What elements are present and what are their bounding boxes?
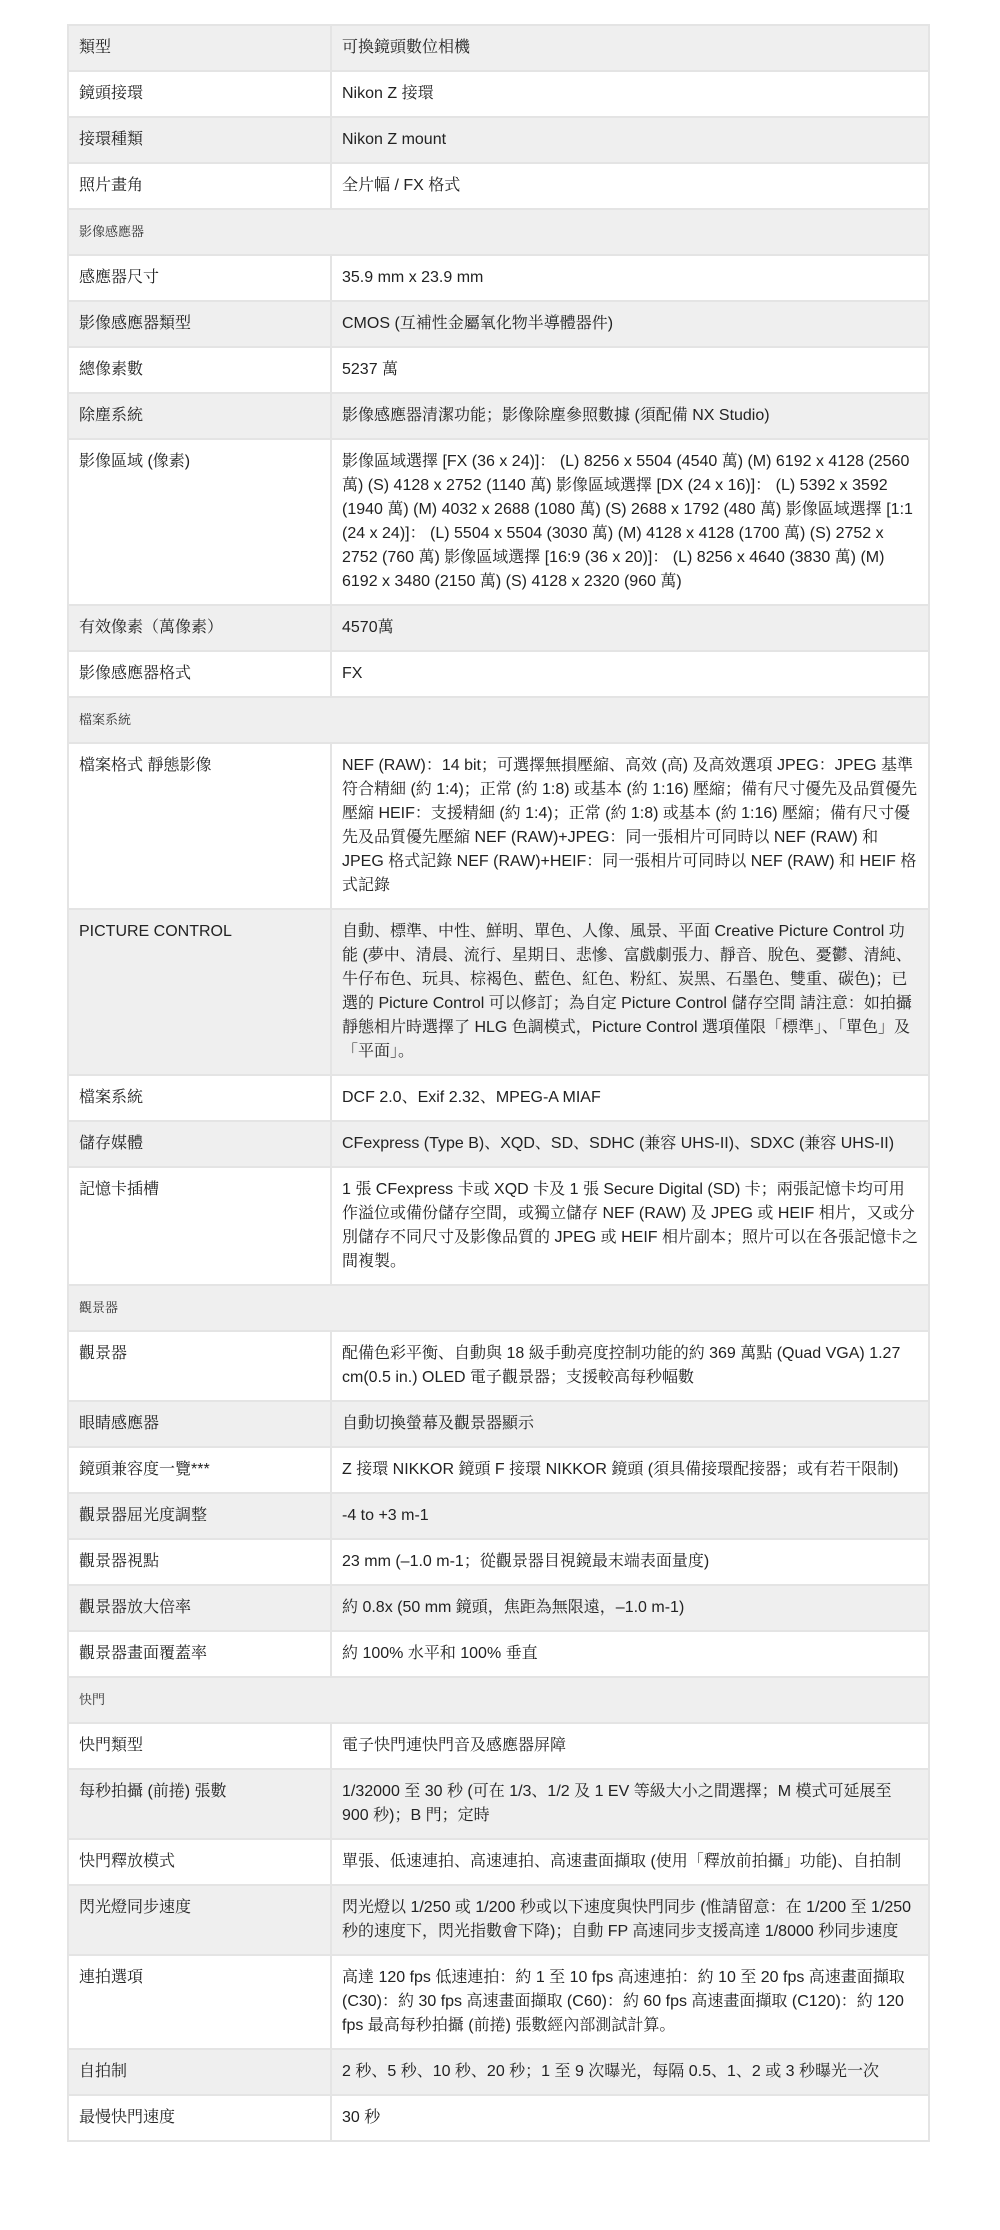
spec-label: 最慢快門速度 — [68, 2095, 331, 2141]
spec-row: 快門釋放模式 單張、低速連拍、高速連拍、高速畫面擷取 (使用「釋放前拍攝」功能)… — [68, 1839, 929, 1885]
spec-row: 類型 可換鏡頭數位相機 — [68, 25, 929, 71]
spec-value: 4570萬 — [331, 605, 929, 651]
spec-value: 30 秒 — [331, 2095, 929, 2141]
spec-value: 自動切換螢幕及觀景器顯示 — [331, 1401, 929, 1447]
spec-row: 觀景器放大倍率 約 0.8x (50 mm 鏡頭，焦距為無限遠，–1.0 m-1… — [68, 1585, 929, 1631]
spec-label: 閃光燈同步速度 — [68, 1885, 331, 1955]
spec-row: 觀景器屈光度調整 -4 to +3 m-1 — [68, 1493, 929, 1539]
spec-label: 觀景器畫面覆蓋率 — [68, 1631, 331, 1677]
spec-value: 2 秒、5 秒、10 秒、20 秒；1 至 9 次曝光，每隔 0.5、1、2 或… — [331, 2049, 929, 2095]
spec-value: CFexpress (Type B)、XQD、SD、SDHC (兼容 UHS-I… — [331, 1121, 929, 1167]
spec-value: FX — [331, 651, 929, 697]
spec-value: DCF 2.0、Exif 2.32、MPEG-A MIAF — [331, 1075, 929, 1121]
spec-value: 配備色彩平衡、自動與 18 級手動亮度控制功能的約 369 萬點 (Quad V… — [331, 1331, 929, 1401]
spec-label: 類型 — [68, 25, 331, 71]
spec-value: 5237 萬 — [331, 347, 929, 393]
spec-row: 觀景器視點 23 mm (–1.0 m-1；從觀景器目視鏡最末端表面量度) — [68, 1539, 929, 1585]
spec-label: 觀景器屈光度調整 — [68, 1493, 331, 1539]
spec-row: 自拍制 2 秒、5 秒、10 秒、20 秒；1 至 9 次曝光，每隔 0.5、1… — [68, 2049, 929, 2095]
spec-row: 快門類型 電子快門連快門音及感應器屏障 — [68, 1723, 929, 1769]
spec-row: 檔案系統 DCF 2.0、Exif 2.32、MPEG-A MIAF — [68, 1075, 929, 1121]
spec-row: 連拍選項 高達 120 fps 低速連拍：約 1 至 10 fps 高速連拍：約… — [68, 1955, 929, 2049]
spec-row: 總像素數 5237 萬 — [68, 347, 929, 393]
spec-value: CMOS (互補性金屬氧化物半導體器件) — [331, 301, 929, 347]
spec-row: 有效像素（萬像素） 4570萬 — [68, 605, 929, 651]
spec-row: 影像感應器類型 CMOS (互補性金屬氧化物半導體器件) — [68, 301, 929, 347]
spec-row: 觀景器畫面覆蓋率 約 100% 水平和 100% 垂直 — [68, 1631, 929, 1677]
spec-table-body: 類型 可換鏡頭數位相機 鏡頭接環 Nikon Z 接環 接環種類 Nikon Z… — [68, 25, 929, 2141]
section-header-row: 檔案系統 — [68, 697, 929, 743]
spec-value: NEF (RAW)：14 bit；可選擇無損壓縮、高效 (高) 及高效選項 JP… — [331, 743, 929, 909]
spec-table: 類型 可換鏡頭數位相機 鏡頭接環 Nikon Z 接環 接環種類 Nikon Z… — [67, 24, 930, 2142]
spec-row: 鏡頭接環 Nikon Z 接環 — [68, 71, 929, 117]
spec-value: 高達 120 fps 低速連拍：約 1 至 10 fps 高速連拍：約 10 至… — [331, 1955, 929, 2049]
spec-label: 記憶卡插槽 — [68, 1167, 331, 1285]
spec-label: 影像感應器格式 — [68, 651, 331, 697]
spec-row: 接環種類 Nikon Z mount — [68, 117, 929, 163]
spec-label: PICTURE CONTROL — [68, 909, 331, 1075]
spec-row: 影像區域 (像素) 影像區域選擇 [FX (36 x 24)]： (L) 825… — [68, 439, 929, 605]
section-header: 影像感應器 — [68, 209, 929, 255]
spec-value: 約 0.8x (50 mm 鏡頭，焦距為無限遠，–1.0 m-1) — [331, 1585, 929, 1631]
spec-label: 快門類型 — [68, 1723, 331, 1769]
spec-value: -4 to +3 m-1 — [331, 1493, 929, 1539]
section-header: 檔案系統 — [68, 697, 929, 743]
spec-value: 約 100% 水平和 100% 垂直 — [331, 1631, 929, 1677]
spec-value: 影像感應器清潔功能；影像除塵參照數據 (須配備 NX Studio) — [331, 393, 929, 439]
spec-row: 感應器尺寸 35.9 mm x 23.9 mm — [68, 255, 929, 301]
spec-row: 觀景器 配備色彩平衡、自動與 18 級手動亮度控制功能的約 369 萬點 (Qu… — [68, 1331, 929, 1401]
spec-label: 檔案格式 靜態影像 — [68, 743, 331, 909]
spec-label: 快門釋放模式 — [68, 1839, 331, 1885]
spec-value: 電子快門連快門音及感應器屏障 — [331, 1723, 929, 1769]
spec-row: 最慢快門速度 30 秒 — [68, 2095, 929, 2141]
spec-value: 1 張 CFexpress 卡或 XQD 卡及 1 張 Secure Digit… — [331, 1167, 929, 1285]
spec-row: 記憶卡插槽 1 張 CFexpress 卡或 XQD 卡及 1 張 Secure… — [68, 1167, 929, 1285]
spec-value: 單張、低速連拍、高速連拍、高速畫面擷取 (使用「釋放前拍攝」功能)、自拍制 — [331, 1839, 929, 1885]
spec-label: 觀景器視點 — [68, 1539, 331, 1585]
spec-row: 除塵系統 影像感應器清潔功能；影像除塵參照數據 (須配備 NX Studio) — [68, 393, 929, 439]
spec-value: 1/32000 至 30 秒 (可在 1/3、1/2 及 1 EV 等級大小之間… — [331, 1769, 929, 1839]
spec-label: 儲存媒體 — [68, 1121, 331, 1167]
spec-value: 35.9 mm x 23.9 mm — [331, 255, 929, 301]
spec-value: 影像區域選擇 [FX (36 x 24)]： (L) 8256 x 5504 (… — [331, 439, 929, 605]
section-header: 快門 — [68, 1677, 929, 1723]
spec-label: 感應器尺寸 — [68, 255, 331, 301]
section-header-row: 影像感應器 — [68, 209, 929, 255]
spec-row: 影像感應器格式 FX — [68, 651, 929, 697]
spec-row: 鏡頭兼容度一覽*** Z 接環 NIKKOR 鏡頭 F 接環 NIKKOR 鏡頭… — [68, 1447, 929, 1493]
spec-row: PICTURE CONTROL 自動、標準、中性、鮮明、單色、人像、風景、平面 … — [68, 909, 929, 1075]
spec-value: 自動、標準、中性、鮮明、單色、人像、風景、平面 Creative Picture… — [331, 909, 929, 1075]
spec-value: 閃光燈以 1/250 或 1/200 秒或以下速度與快門同步 (惟請留意：在 1… — [331, 1885, 929, 1955]
spec-label: 自拍制 — [68, 2049, 331, 2095]
spec-label: 連拍選項 — [68, 1955, 331, 2049]
spec-value: 23 mm (–1.0 m-1；從觀景器目視鏡最末端表面量度) — [331, 1539, 929, 1585]
spec-label: 鏡頭兼容度一覽*** — [68, 1447, 331, 1493]
spec-label: 觀景器放大倍率 — [68, 1585, 331, 1631]
spec-label: 總像素數 — [68, 347, 331, 393]
spec-label: 影像區域 (像素) — [68, 439, 331, 605]
spec-row: 閃光燈同步速度 閃光燈以 1/250 或 1/200 秒或以下速度與快門同步 (… — [68, 1885, 929, 1955]
spec-label: 眼睛感應器 — [68, 1401, 331, 1447]
spec-value: 全片幅 / FX 格式 — [331, 163, 929, 209]
section-header-row: 快門 — [68, 1677, 929, 1723]
spec-label: 鏡頭接環 — [68, 71, 331, 117]
spec-label: 影像感應器類型 — [68, 301, 331, 347]
section-header: 觀景器 — [68, 1285, 929, 1331]
spec-label: 每秒拍攝 (前捲) 張數 — [68, 1769, 331, 1839]
spec-row: 每秒拍攝 (前捲) 張數 1/32000 至 30 秒 (可在 1/3、1/2 … — [68, 1769, 929, 1839]
spec-value: Z 接環 NIKKOR 鏡頭 F 接環 NIKKOR 鏡頭 (須具備接環配接器；… — [331, 1447, 929, 1493]
spec-label: 檔案系統 — [68, 1075, 331, 1121]
spec-value: 可換鏡頭數位相機 — [331, 25, 929, 71]
spec-row: 眼睛感應器 自動切換螢幕及觀景器顯示 — [68, 1401, 929, 1447]
spec-value: Nikon Z mount — [331, 117, 929, 163]
spec-label: 觀景器 — [68, 1331, 331, 1401]
spec-label: 有效像素（萬像素） — [68, 605, 331, 651]
spec-label: 除塵系統 — [68, 393, 331, 439]
section-header-row: 觀景器 — [68, 1285, 929, 1331]
spec-label: 照片畫角 — [68, 163, 331, 209]
spec-row: 檔案格式 靜態影像 NEF (RAW)：14 bit；可選擇無損壓縮、高效 (高… — [68, 743, 929, 909]
spec-row: 儲存媒體 CFexpress (Type B)、XQD、SD、SDHC (兼容 … — [68, 1121, 929, 1167]
spec-row: 照片畫角 全片幅 / FX 格式 — [68, 163, 929, 209]
spec-value: Nikon Z 接環 — [331, 71, 929, 117]
spec-label: 接環種類 — [68, 117, 331, 163]
